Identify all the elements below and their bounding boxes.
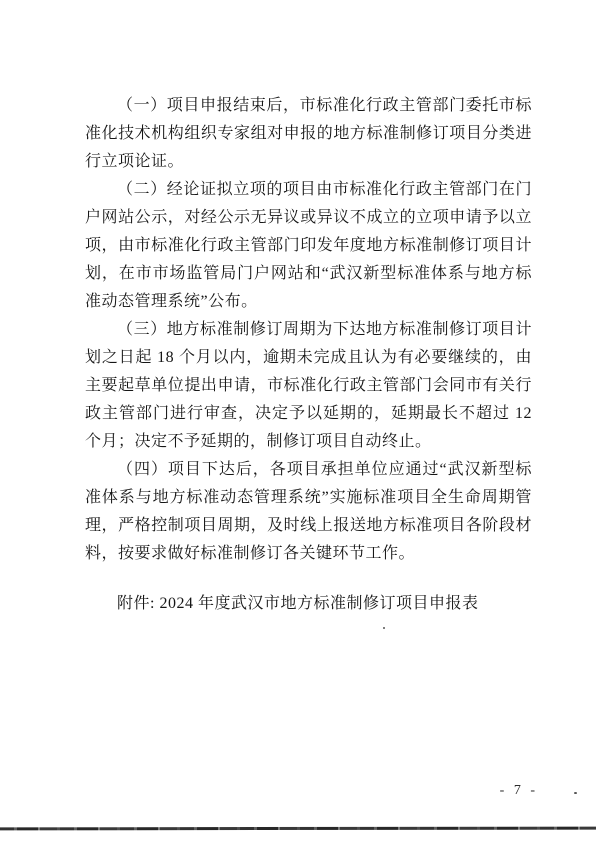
page-number: - 7 - <box>500 783 538 799</box>
paragraph-item-1: （一）项目申报结束后，市标准化行政主管部门委托市标准化技术机构组织专家组对申报的… <box>85 92 532 176</box>
paragraph-item-3: （三）地方标准制修订周期为下达地方标准制修订项目计划之日起 18 个月以内，逾期… <box>85 316 532 456</box>
document-page: （一）项目申报结束后，市标准化行政主管部门委托市标准化技术机构组织专家组对申报的… <box>0 0 596 843</box>
scan-speck <box>383 627 385 629</box>
attachment-line: 附件: 2024 年度武汉市地方标准制修订项目申报表 <box>85 590 532 618</box>
paragraph-item-4: （四）项目下达后，各项目承担单位应通过“武汉新型标准体系与地方标准动态管理系统”… <box>85 456 532 568</box>
paragraph-item-2: （二）经论证拟立项的项目由市标准化行政主管部门在门户网站公示，对经公示无异议或异… <box>85 176 532 316</box>
document-body: （一）项目申报结束后，市标准化行政主管部门委托市标准化技术机构组织专家组对申报的… <box>85 92 532 618</box>
scan-speck <box>574 792 577 794</box>
scan-artifact-edge <box>0 827 596 831</box>
